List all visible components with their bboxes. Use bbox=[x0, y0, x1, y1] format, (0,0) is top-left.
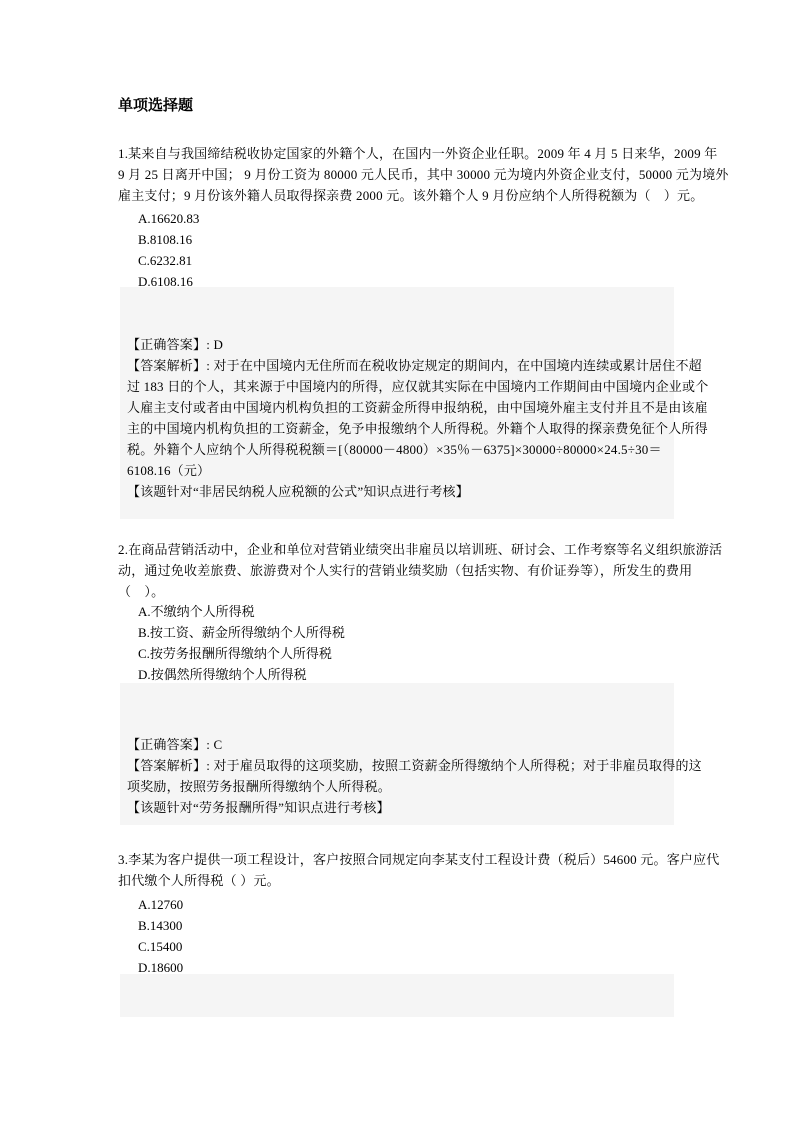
option-item: C.按劳务报酬所得缴纳个人所得税 bbox=[138, 643, 678, 664]
question-3-options: A.12760B.14300C.15400D.18600 bbox=[138, 894, 678, 978]
question-stem-line: 9 月 25 日离开中国； 9 月份工资为 80000 元人民币，其中 3000… bbox=[118, 164, 678, 185]
question-stem-line: （ ）。 bbox=[118, 581, 678, 602]
question-1-answer-box: 【正确答案】: D【答案解析】: 对于在中国境内无住所而在税收协定规定的期间内，… bbox=[120, 287, 674, 519]
question-3-stem: 3.李某为客户提供一项工程设计，客户按照合同规定向李某支付工程设计费（税后）54… bbox=[118, 849, 678, 891]
answer-line: 【答案解析】: 对于在中国境内无住所而在税收协定规定的期间内，在中国境内连续或累… bbox=[127, 355, 667, 376]
question-2-stem: 2.在商品营销活动中，企业和单位对营销业绩突出非雇员以培训班、研讨会、工作考察等… bbox=[118, 539, 678, 602]
question-3-answer-box bbox=[120, 974, 674, 1017]
answer-line: 项奖励，按照劳务报酬所得缴纳个人所得税。 bbox=[127, 776, 667, 797]
question-1-stem: 1.某来自与我国缔结税收协定国家的外籍个人，在国内一外资企业任职。2009 年 … bbox=[118, 143, 678, 206]
question-stem-line: 2.在商品营销活动中，企业和单位对营销业绩突出非雇员以培训班、研讨会、工作考察等… bbox=[118, 539, 678, 560]
answer-line: 税。外籍个人应纳个人所得税税额＝[（80000－4800）×35％－6375]×… bbox=[127, 439, 667, 460]
option-item: B.8108.16 bbox=[138, 229, 678, 250]
answer-line: 【正确答案】: D bbox=[127, 334, 667, 355]
question-stem-line: 动，通过免收差旅费、旅游费对个人实行的营销业绩奖励（包括实物、有价证券等），所发… bbox=[118, 560, 678, 581]
answer-line: 【正确答案】: C bbox=[127, 734, 667, 755]
document-page: 单项选择题 1.某来自与我国缔结税收协定国家的外籍个人，在国内一外资企业任职。2… bbox=[0, 0, 794, 1123]
question-stem-line: 1.某来自与我国缔结税收协定国家的外籍个人，在国内一外资企业任职。2009 年 … bbox=[118, 143, 678, 164]
answer-line: 人雇主支付或者由中国境内机构负担的工资薪金所得申报纳税，由中国境外雇主支付并且不… bbox=[127, 397, 667, 418]
option-item: B.14300 bbox=[138, 915, 678, 936]
answer-line: 【该题针对“非居民纳税人应税额的公式”知识点进行考核】 bbox=[127, 481, 667, 502]
option-item: C.15400 bbox=[138, 936, 678, 957]
option-item: A.不缴纳个人所得税 bbox=[138, 601, 678, 622]
question-2-answer-box: 【正确答案】: C【答案解析】: 对于雇员取得的这项奖励，按照工资薪金所得缴纳个… bbox=[120, 683, 674, 825]
question-stem-line: 雇主支付；9 月份该外籍人员取得探亲费 2000 元。该外籍个人 9 月份应纳个… bbox=[118, 185, 678, 206]
question-stem-line: 3.李某为客户提供一项工程设计，客户按照合同规定向李某支付工程设计费（税后）54… bbox=[118, 849, 678, 870]
page-title: 单项选择题 bbox=[118, 96, 193, 116]
question-2-options: A.不缴纳个人所得税B.按工资、薪金所得缴纳个人所得税C.按劳务报酬所得缴纳个人… bbox=[138, 601, 678, 685]
option-item: A.12760 bbox=[138, 894, 678, 915]
answer-line: 6108.16（元） bbox=[127, 460, 667, 481]
question-1-options: A.16620.83B.8108.16C.6232.81D.6108.16 bbox=[138, 208, 678, 292]
answer-line: 主的中国境内机构负担的工资薪金，免予申报缴纳个人所得税。外籍个人取得的探亲费免征… bbox=[127, 418, 667, 439]
option-item: D.按偶然所得缴纳个人所得税 bbox=[138, 664, 678, 685]
answer-line: 【该题针对“劳务报酬所得”知识点进行考核】 bbox=[127, 797, 667, 818]
answer-line: 【答案解析】: 对于雇员取得的这项奖励，按照工资薪金所得缴纳个人所得税；对于非雇… bbox=[127, 755, 667, 776]
option-item: A.16620.83 bbox=[138, 208, 678, 229]
option-item: B.按工资、薪金所得缴纳个人所得税 bbox=[138, 622, 678, 643]
option-item: C.6232.81 bbox=[138, 250, 678, 271]
question-stem-line: 扣代缴个人所得税（ ）元。 bbox=[118, 870, 678, 891]
answer-line: 过 183 日的个人，其来源于中国境内的所得，应仅就其实际在中国境内工作期间由中… bbox=[127, 376, 667, 397]
